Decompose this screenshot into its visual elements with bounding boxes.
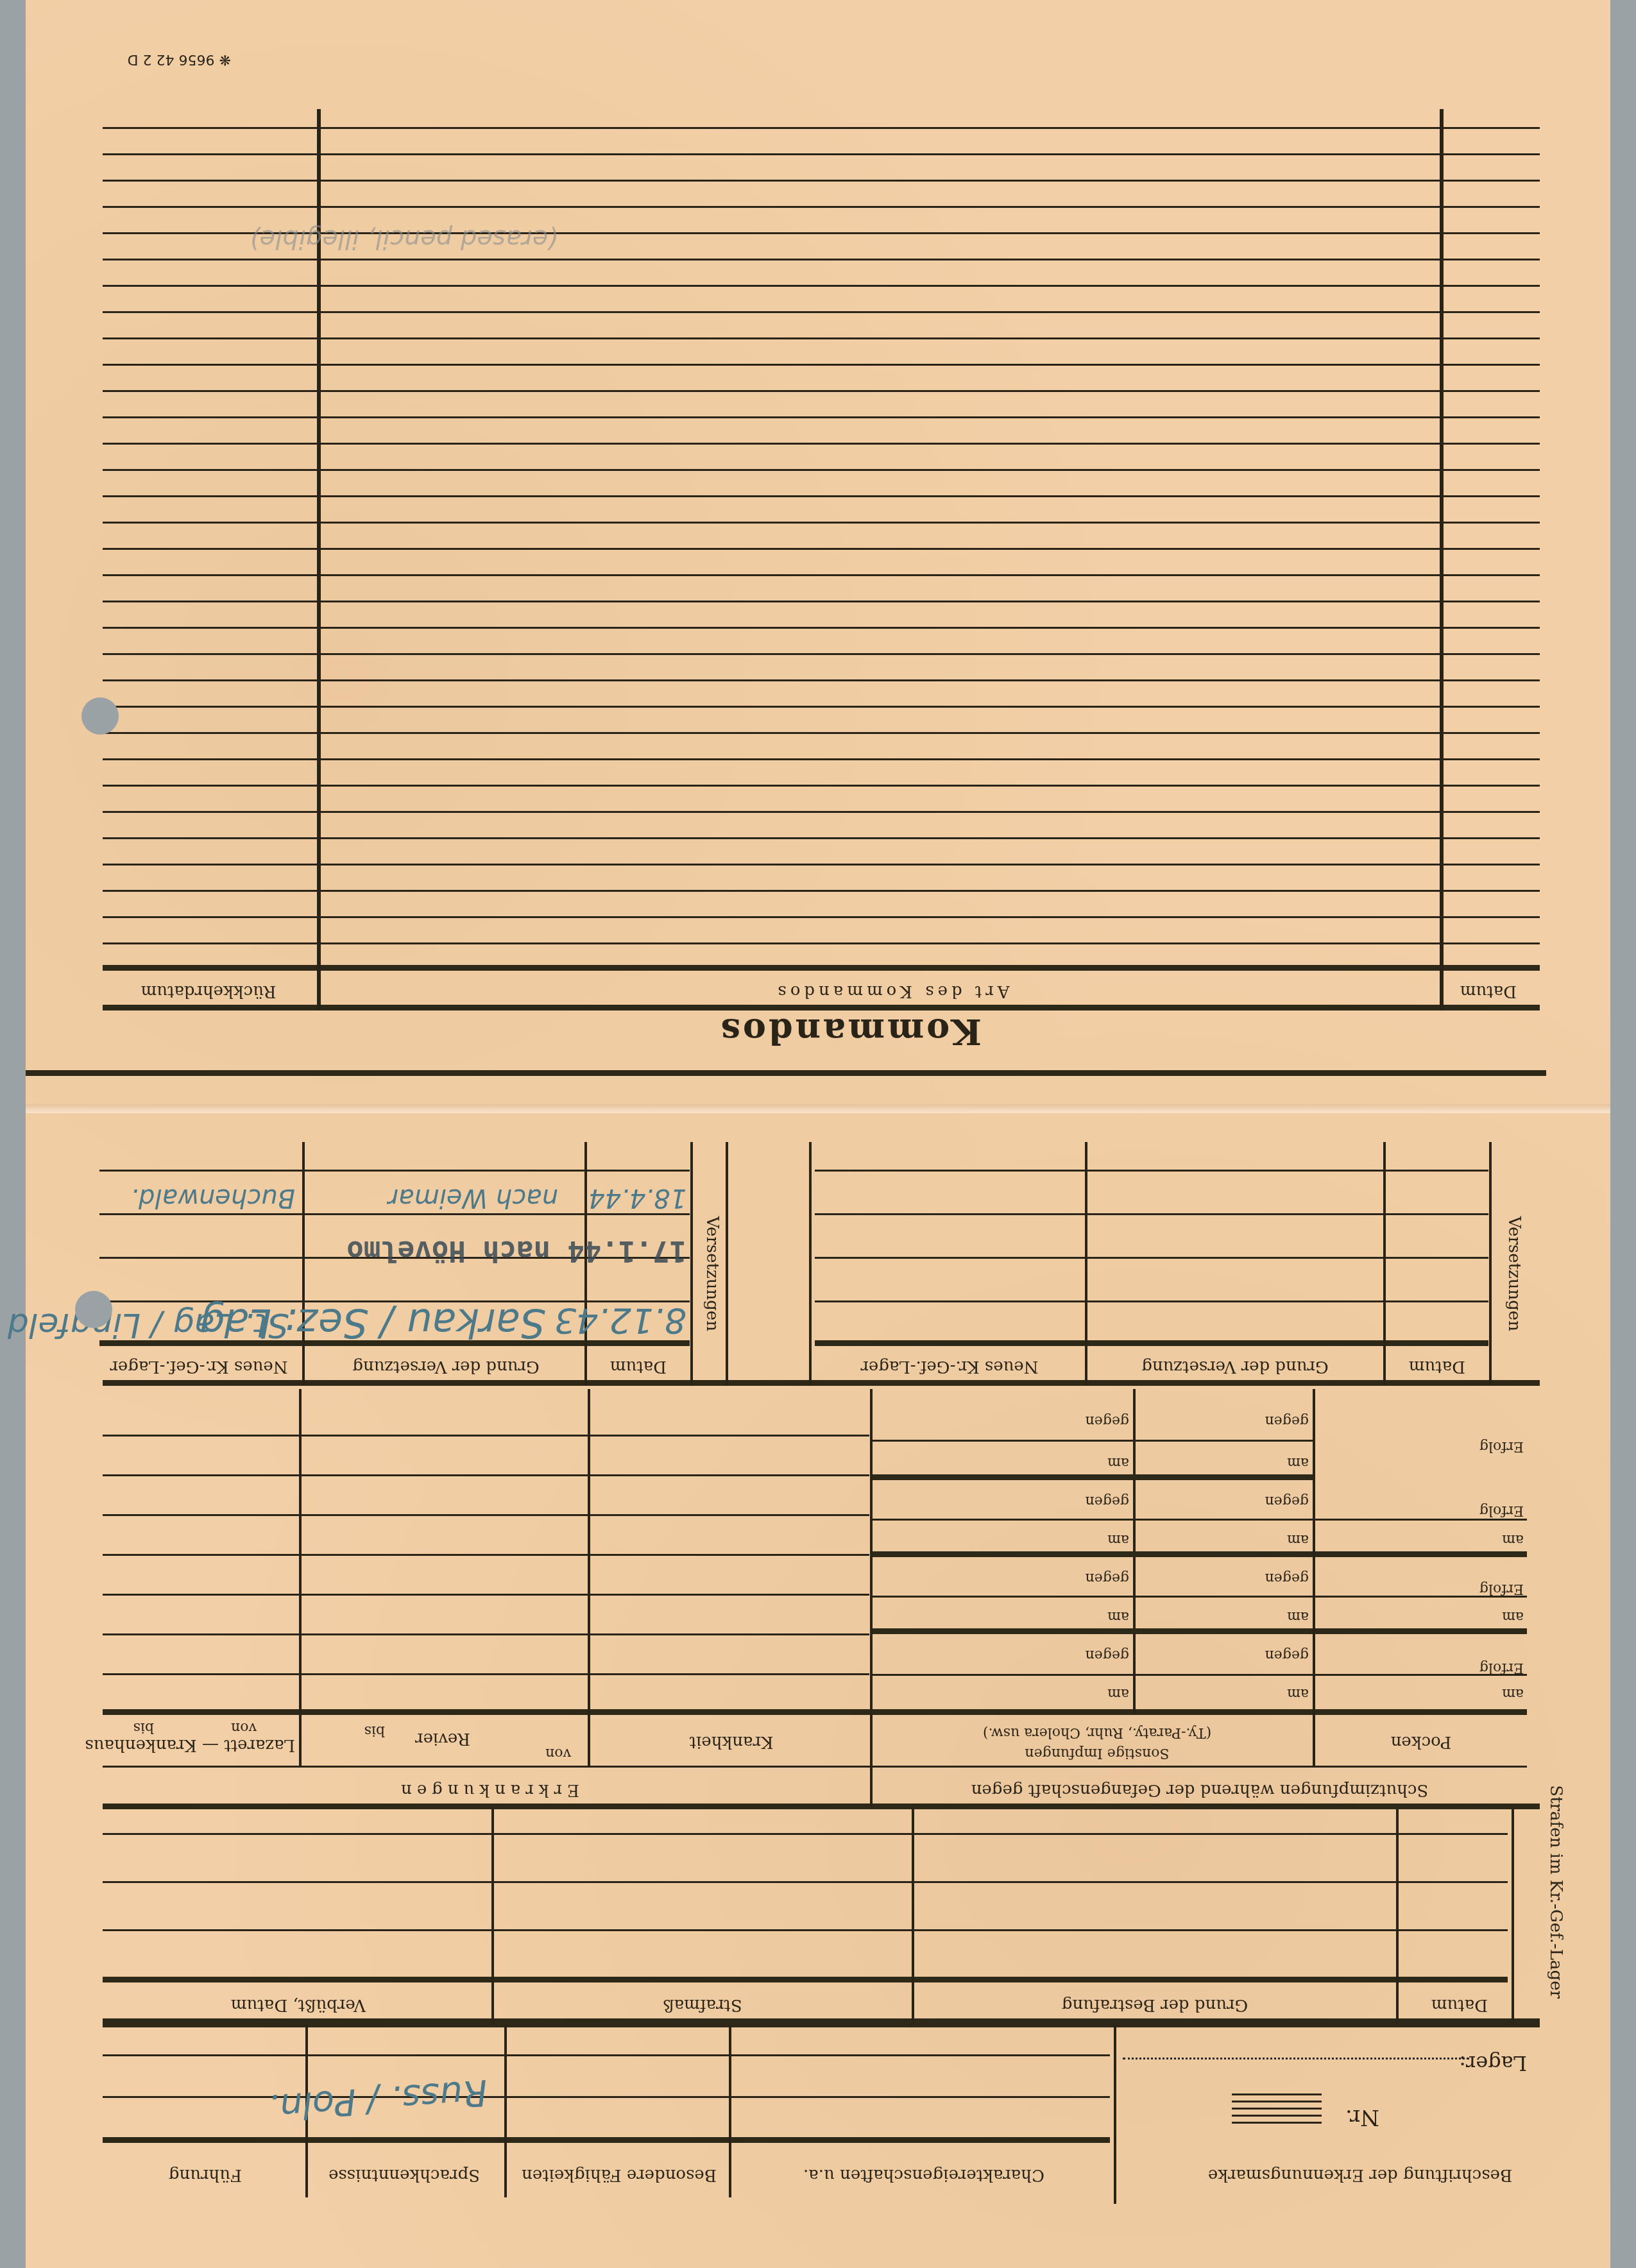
rule: [103, 890, 1540, 892]
label-erfolg: Erfolg: [1479, 1438, 1524, 1454]
punch-hole: [81, 697, 119, 735]
versetzungen-rows-left: [815, 1141, 1488, 1346]
label-revier: Revier: [302, 1729, 584, 1748]
rule: [103, 574, 1540, 576]
rule: [103, 390, 1540, 392]
label-versetzungen-2: Versetzungen: [703, 1216, 722, 1331]
label-gegen: gegen: [1265, 1413, 1309, 1429]
label-gegen: gegen: [1265, 1570, 1309, 1586]
label-strafen-grund: Grund der Bestrafung: [917, 1995, 1392, 2015]
label-versetzungen-1: Versetzungen: [1504, 1216, 1524, 1331]
label-am: am: [1502, 1531, 1524, 1548]
rule: [26, 1070, 1546, 1076]
vers-entry-3-datum: 18.4.44: [588, 1183, 686, 1213]
label-nr: Nr.: [1345, 2104, 1379, 2130]
rule: [103, 1929, 1508, 1931]
label-am: am: [1107, 1685, 1129, 1701]
label-erkennungsmarke: Beschriftung der Erkennungsmarke: [1180, 2165, 1540, 2185]
rule: [103, 311, 1540, 313]
rule: [103, 153, 1540, 155]
col-divider: [1512, 1806, 1514, 2024]
rule: [103, 1833, 1508, 1835]
rule: [103, 837, 1540, 839]
erkrankungen-rows: [103, 1389, 869, 1715]
rule: [103, 916, 1540, 918]
label-gegen: gegen: [1086, 1413, 1129, 1429]
rule: [103, 443, 1540, 445]
rule: [103, 337, 1540, 339]
label-vers-grund-1: Grund der Versetzung: [1091, 1357, 1379, 1376]
label-vers-datum-2: Datum: [587, 1357, 690, 1376]
rule: [103, 1881, 1508, 1883]
label-lazarett-von: von: [231, 1719, 257, 1735]
label-erkrankungen: Erkrankungen: [109, 1780, 866, 1800]
rule: [103, 942, 1540, 944]
rule: [103, 522, 1540, 524]
label-am: am: [1287, 1608, 1309, 1624]
label-vers-grund-2: Grund der Versetzung: [308, 1357, 584, 1376]
stamp-nach-hoevelmo: 17.1.44 nach Hövelmo: [346, 1234, 686, 1267]
label-am: am: [1502, 1685, 1524, 1701]
faint-pencil-marks: (erased pencil, illegible): [250, 224, 558, 253]
label-gegen: gegen: [1265, 1647, 1309, 1663]
label-am: am: [1107, 1531, 1129, 1548]
col-divider: [690, 1142, 693, 1386]
impf-grid: am Erfolg am gegen am gegen am Erfolg am…: [873, 1390, 1527, 1711]
rule: [103, 2096, 1110, 2098]
label-lazarett-bis: bis: [133, 1719, 154, 1735]
label-vers-lager-1: Neues Kr.-Gef.-Lager: [815, 1357, 1084, 1376]
rule: [103, 679, 1540, 681]
label-gegen: gegen: [1086, 1647, 1129, 1663]
col-divider: [1396, 1806, 1399, 2024]
rule: [103, 2018, 1540, 2024]
label-erfolg: Erfolg: [1479, 1503, 1524, 1519]
label-sonstige: Sonstige Impfungen: [885, 1745, 1309, 1761]
col-divider: [809, 1142, 812, 1386]
label-vers-datum-1: Datum: [1386, 1357, 1488, 1376]
rule: [103, 627, 1540, 629]
label-lazarett: Lazarett — Krankenhaus: [103, 1735, 295, 1755]
col-divider: [1114, 2024, 1116, 2204]
vers-entry-3-lager: Buchenwald.: [130, 1183, 295, 1213]
label-art-kommando: Art des Kommandos: [346, 982, 1437, 1001]
label-verbuesst: Verbüßt, Datum: [109, 1995, 488, 2015]
col-divider: [1313, 1389, 1315, 1715]
title-kommandos: Kommandos: [719, 1011, 982, 1052]
punch-hole: [75, 1291, 112, 1328]
label-am: am: [1287, 1685, 1309, 1701]
label-gegen: gegen: [1086, 1570, 1129, 1586]
rule: [103, 785, 1540, 787]
label-vers-lager-2: Neues Kr.-Gef.-Lager: [96, 1357, 302, 1376]
nr-lines: [1232, 2093, 1322, 2124]
rule: [103, 1380, 1540, 1386]
print-code: ❋ 9656 42 2 D: [128, 51, 231, 67]
col-divider: [491, 1806, 494, 2024]
rule: [103, 864, 1540, 865]
vers-entry-1-datum: 8.12.43: [554, 1300, 686, 1341]
label-revier-bis: bis: [364, 1723, 385, 1739]
label-sonstige-sub: (Ty.-Paraty., Ruhr, Cholera usw.): [885, 1725, 1309, 1741]
label-am: am: [1287, 1531, 1309, 1548]
paper-fold: [26, 1104, 1610, 1113]
label-krankheit: Krankheit: [590, 1732, 873, 1752]
label-revier-von: von: [545, 1745, 571, 1761]
label-strafmass: Strafmaß: [494, 1995, 911, 2015]
col-divider: [504, 2024, 507, 2197]
label-sprachen: Sprachkenntnisse: [308, 2165, 500, 2185]
label-charakter: Charaktereigenschaften u.a.: [738, 2165, 1110, 2185]
lager-field[interactable]: [1123, 2058, 1469, 2059]
label-am: am: [1107, 1608, 1129, 1624]
col-divider: [726, 1142, 728, 1386]
rule: [103, 364, 1540, 366]
label-strafen: Strafen im Kr.-Gef.-Lager: [1546, 1785, 1565, 1999]
rule: [103, 2054, 1110, 2056]
rule: [103, 259, 1540, 260]
rule: [103, 732, 1540, 734]
col-divider: [1489, 1142, 1492, 1386]
rule: [103, 206, 1540, 208]
rule: [103, 127, 1540, 129]
rule: [103, 495, 1540, 497]
rule: [103, 285, 1540, 287]
label-am: am: [1287, 1454, 1309, 1471]
handwritten-sprachen: Russ. / Poln.: [267, 2071, 489, 2128]
label-strafen-datum: Datum: [1411, 1995, 1508, 2015]
label-erfolg: Erfolg: [1479, 1581, 1524, 1597]
col-divider: [729, 2024, 731, 2197]
rule: [103, 416, 1540, 418]
rule: [103, 811, 1540, 813]
rule: [103, 653, 1540, 655]
vers-entry-3-grund: nach Weimar: [388, 1183, 558, 1213]
label-schutzimpfungen: Schutzimpfungen während der Gefangenscha…: [873, 1780, 1527, 1800]
vers-entry-1-lager: St. Lag / Lingfeld: [8, 1306, 289, 1344]
label-gegen: gegen: [1086, 1493, 1129, 1509]
label-gegen: gegen: [1265, 1493, 1309, 1509]
rule: [103, 469, 1540, 471]
rule: [103, 758, 1540, 760]
col-divider: [912, 1806, 914, 2024]
rule: [103, 706, 1540, 708]
label-am: am: [1502, 1608, 1524, 1624]
label-rueckkehrdatum: Rückkehrdatum: [103, 982, 314, 1001]
label-kommando-datum: Datum: [1444, 982, 1533, 1001]
rule: [103, 601, 1540, 602]
form-rotated: Beschriftung der Erkennungsmarke Charakt…: [0, 0, 1636, 2268]
rule: [103, 1977, 1508, 1982]
label-am: am: [1107, 1454, 1129, 1471]
label-lager: Lager:: [1459, 2051, 1527, 2076]
rule: [103, 548, 1540, 550]
rule: [103, 180, 1540, 182]
rule: [103, 2137, 1110, 2143]
label-pocken: Pocken: [1315, 1732, 1527, 1752]
label-fuehrung: Führung: [109, 2165, 302, 2185]
rule: [103, 1803, 1540, 1809]
label-faehigkeiten: Besondere Fähigkeiten: [513, 2165, 725, 2185]
